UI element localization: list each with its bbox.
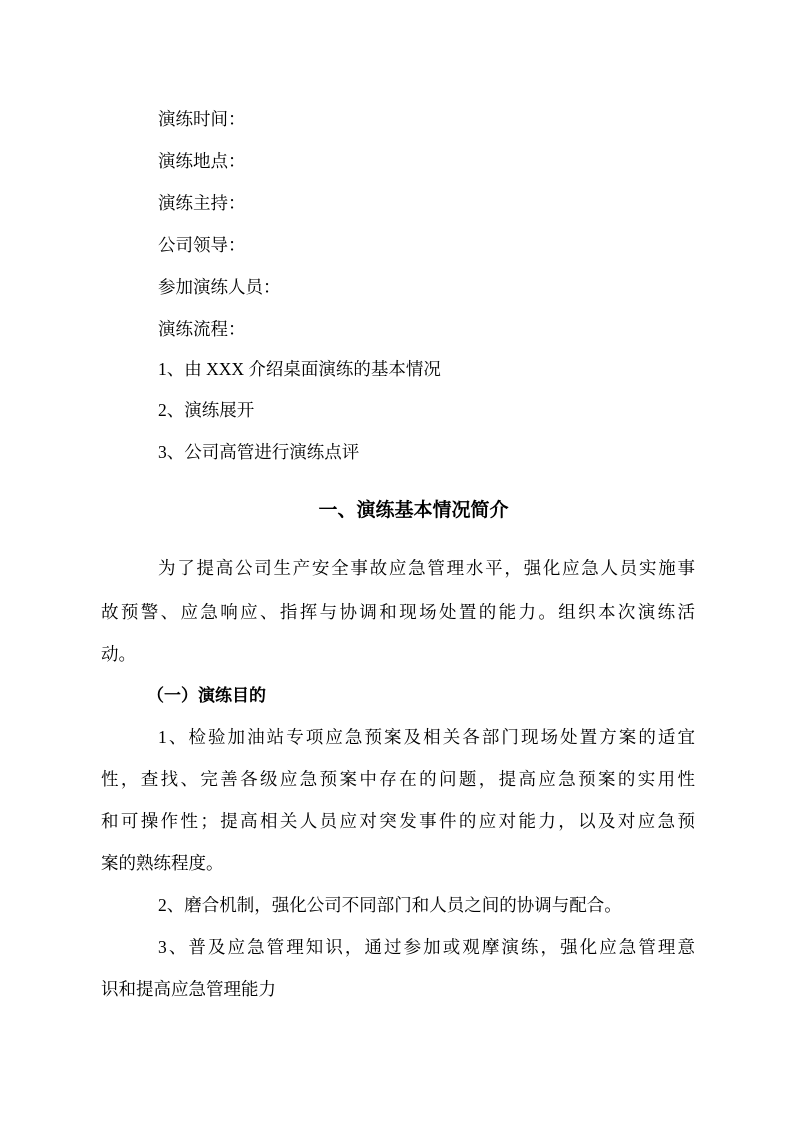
- drill-location-label: 演练地点：: [158, 149, 246, 173]
- drill-process-label: 演练流程：: [158, 317, 246, 341]
- process-step-1: 1、由 XXX 介绍桌面演练的基本情况: [158, 357, 441, 381]
- process-step-2: 2、演练展开: [158, 398, 254, 422]
- purpose-item-1-line: 性，查找、完善各级应急预案中存在的问题，提高应急预案的实用性: [101, 767, 695, 791]
- drill-time-label: 演练时间：: [158, 107, 246, 131]
- participants-label: 参加演练人员：: [158, 275, 281, 299]
- subsection-heading: （一）演练目的: [147, 684, 266, 708]
- purpose-item-2-line: 2、磨合机制，强化公司不同部门和人员之间的协调与配合。: [158, 893, 695, 917]
- purpose-item-1-line: 1、检验加油站专项应急预案及相关各部门现场处置方案的适宜: [158, 725, 695, 749]
- purpose-item-3-line: 3、普及应急管理知识，通过参加或观摩演练，强化应急管理意: [158, 935, 695, 959]
- purpose-item-1-line: 和可操作性；提高相关人员应对突发事件的应对能力，以及对应急预: [101, 809, 695, 833]
- purpose-item-1-line: 案的熟练程度。: [101, 851, 695, 875]
- document-page: 演练时间： 演练地点： 演练主持： 公司领导： 参加演练人员： 演练流程： 1、…: [0, 0, 793, 1122]
- purpose-item-3-line: 识和提高应急管理能力: [101, 977, 695, 1001]
- section-heading: 一、演练基本情况简介: [0, 497, 793, 523]
- intro-paragraph-line: 故预警、应急响应、指挥与协调和现场处置的能力。组织本次演练活: [101, 600, 695, 624]
- drill-host-label: 演练主持：: [158, 191, 246, 215]
- process-step-3: 3、公司高管进行演练点评: [158, 440, 359, 464]
- intro-paragraph-line: 动。: [101, 642, 695, 666]
- company-leader-label: 公司领导：: [158, 233, 246, 257]
- intro-paragraph-line: 为了提高公司生产安全事故应急管理水平，强化应急人员实施事: [158, 556, 695, 580]
